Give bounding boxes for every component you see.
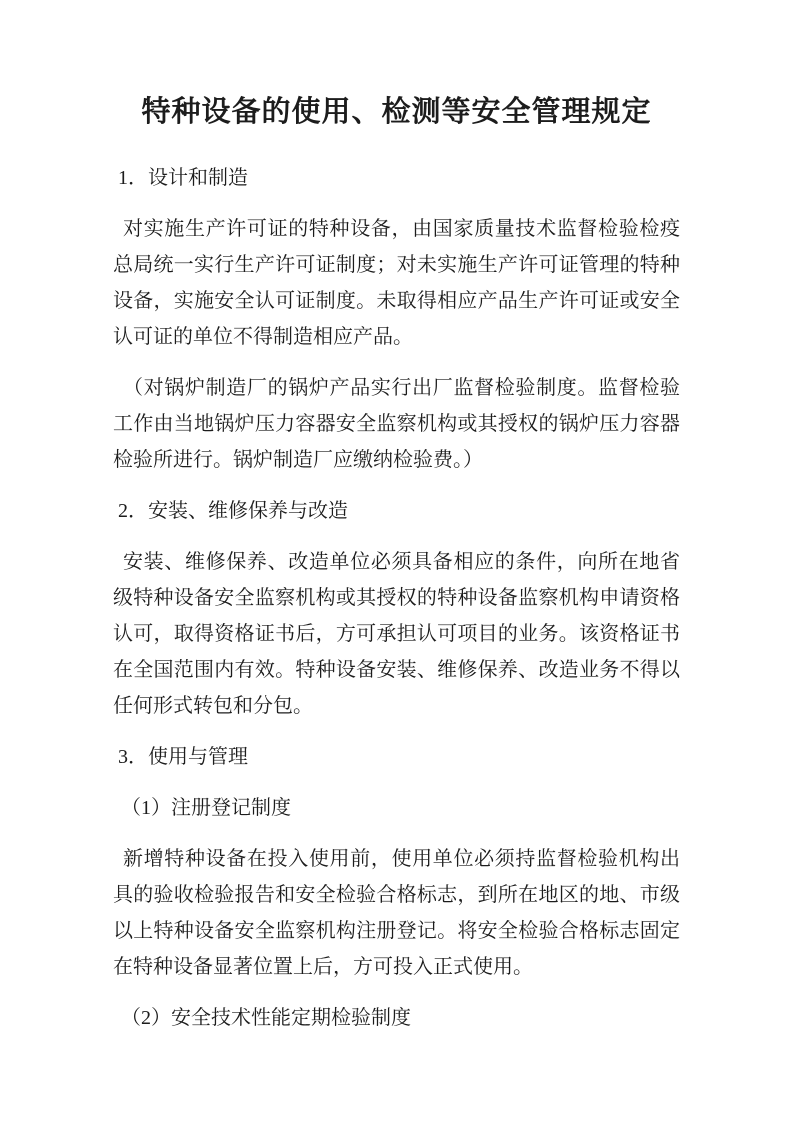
section-heading-use-and-management: 3．使用与管理 <box>113 739 680 775</box>
document-title: 特种设备的使用、检测等安全管理规定 <box>113 90 680 134</box>
paragraph-boiler-factory-inspection: （对锅炉制造厂的锅炉产品实行出厂监督检验制度。监督检验工作由当地锅炉压力容器安全… <box>113 370 680 478</box>
document-page: 特种设备的使用、检测等安全管理规定 1．设计和制造 对实施生产许可证的特种设备，… <box>0 0 793 1122</box>
subheading-periodic-inspection-system: （2）安全技术性能定期检验制度 <box>113 1000 680 1036</box>
subheading-registration-system: （1）注册登记制度 <box>113 790 680 826</box>
section-heading-design-and-manufacture: 1．设计和制造 <box>113 160 680 196</box>
paragraph-qualification-accreditation: 安装、维修保养、改造单位必须具备相应的条件，向所在地省级特种设备安全监察机构或其… <box>113 544 680 724</box>
section-heading-installation-maintenance-modification: 2．安装、维修保养与改造 <box>113 493 680 529</box>
paragraph-production-license-system: 对实施生产许可证的特种设备，由国家质量技术监督检验检疫总局统一实行生产许可证制度… <box>113 211 680 355</box>
paragraph-registration-requirements: 新增特种设备在投入使用前，使用单位必须持监督检验机构出具的验收检验报告和安全检验… <box>113 841 680 985</box>
